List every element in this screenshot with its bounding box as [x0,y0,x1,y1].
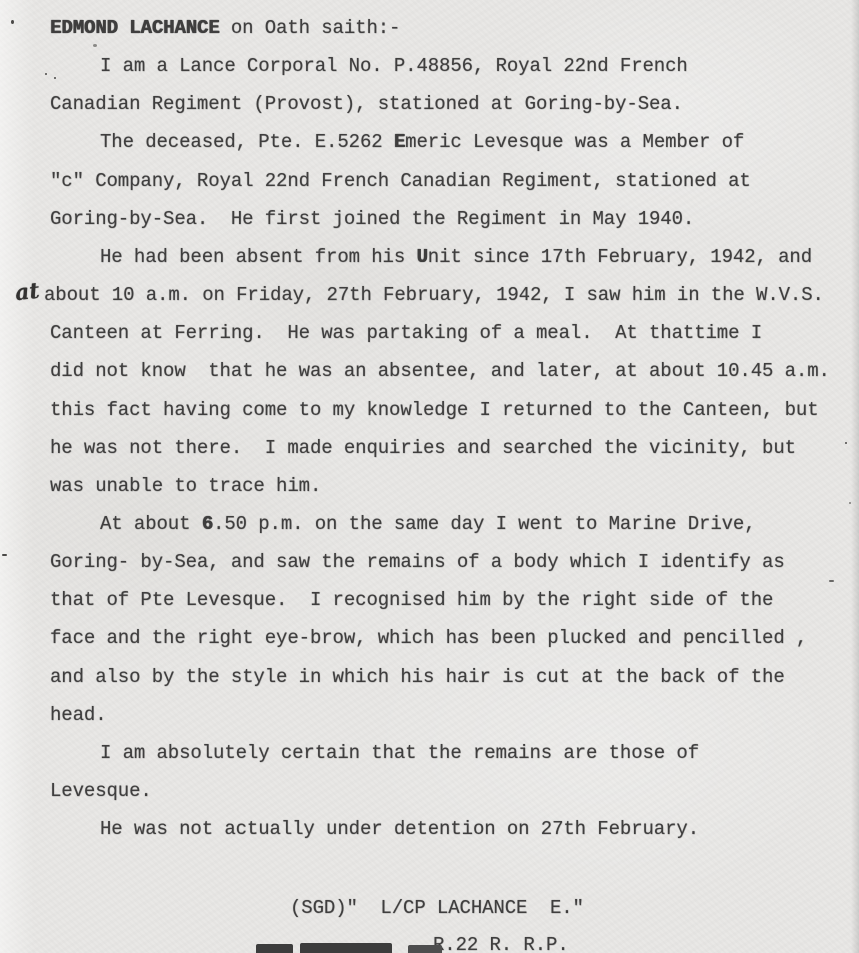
typed-text: R.22 R. R.P. [433,934,569,953]
text-line: Levesque. [50,776,152,806]
scan-edge-right [849,0,859,953]
text-line: that of Pte Levesque. I recognised him b… [50,585,773,615]
ink-speck [849,502,851,504]
typed-text: head. [50,704,107,726]
text-line: this fact having come to my knowledge I … [50,395,819,425]
overstruck-text: EDMOND LACHANCE [50,17,220,39]
typed-text: (SGD)" L/CP LACHANCE E." [290,897,584,919]
ink-speck [11,20,14,24]
cutoff-mark [408,945,442,953]
cutoff-mark [300,943,392,953]
overstruck-text: E [394,131,405,153]
text-line: face and the right eye-brow, which has b… [50,623,807,653]
typed-text: on Oath saith:- [220,17,401,39]
ink-speck [2,554,7,556]
typed-text: was unable to trace him. [50,475,321,497]
text-line: and also by the style in which his hair … [50,662,785,692]
typed-text: that of Pte Levesque. I recognised him b… [50,589,773,611]
handwritten-margin-note: at [14,278,41,307]
typed-text: At about [100,513,202,535]
text-line: He had been absent from his Unit since 1… [100,242,812,272]
text-line: Canteen at Ferring. He was partaking of … [50,318,762,348]
text-line: was unable to trace him. [50,471,321,501]
typed-text: Goring- by-Sea, and saw the remains of a… [50,551,785,573]
typed-text: face and the right eye-brow, which has b… [50,627,807,649]
typed-text: Canteen at Ferring. He was partaking of … [50,322,762,344]
document-page: EDMOND LACHANCE on Oath saith:-I am a La… [0,0,859,953]
text-line: (SGD)" L/CP LACHANCE E." [290,893,584,923]
ink-speck [45,73,47,75]
typed-text: and also by the style in which his hair … [50,666,785,688]
typed-text: about 10 a.m. on Friday, 27th February, … [44,284,824,306]
typed-text: The deceased, Pte. E.5262 [100,131,394,153]
typed-text: Canadian Regiment (Provost), stationed a… [50,93,683,115]
text-line: "c" Company, Royal 22nd French Canadian … [50,166,751,196]
text-line: The deceased, Pte. E.5262 Emeric Levesqu… [100,127,744,157]
text-line: EDMOND LACHANCE on Oath saith:- [50,13,400,43]
typed-text: Levesque. [50,780,152,802]
typed-text: he was not there. I made enquiries and s… [50,437,796,459]
text-line: did not know that he was an absentee, an… [50,356,830,386]
ink-speck [93,44,97,47]
overstruck-text: 6 [202,513,213,535]
ink-speck [829,580,834,582]
text-line: He was not actually under detention on 2… [100,814,699,844]
typed-text: .50 p.m. on the same day I went to Marin… [213,513,756,535]
typed-text: I am a Lance Corporal No. P.48856, Royal… [100,55,688,77]
typed-text: He was not actually under detention on 2… [100,818,699,840]
ink-speck [54,77,56,79]
overstruck-text: U [416,246,427,268]
text-line: I am a Lance Corporal No. P.48856, Royal… [100,51,688,81]
typed-text: He had been absent from his [100,246,416,268]
cutoff-mark [256,944,293,953]
scan-edge-left [0,0,40,953]
text-line: R.22 R. R.P. [433,930,569,953]
typed-text: "c" Company, Royal 22nd French Canadian … [50,170,751,192]
text-line: At about 6.50 p.m. on the same day I wen… [100,509,756,539]
text-line: head. [50,700,107,730]
text-line: Goring-by-Sea. He first joined the Regim… [50,204,694,234]
text-line: he was not there. I made enquiries and s… [50,433,796,463]
ink-speck [845,442,847,444]
typed-text: I am absolutely certain that the remains… [100,742,699,764]
typed-text: nit since 17th February, 1942, and [428,246,812,268]
typed-text: this fact having come to my knowledge I … [50,399,819,421]
text-line: Canadian Regiment (Provost), stationed a… [50,89,683,119]
text-line: about 10 a.m. on Friday, 27th February, … [44,280,824,310]
text-line: I am absolutely certain that the remains… [100,738,699,768]
text-line: Goring- by-Sea, and saw the remains of a… [50,547,785,577]
typed-text: meric Levesque was a Member of [405,131,744,153]
typed-text: Goring-by-Sea. He first joined the Regim… [50,208,694,230]
typed-text: did not know that he was an absentee, an… [50,360,830,382]
